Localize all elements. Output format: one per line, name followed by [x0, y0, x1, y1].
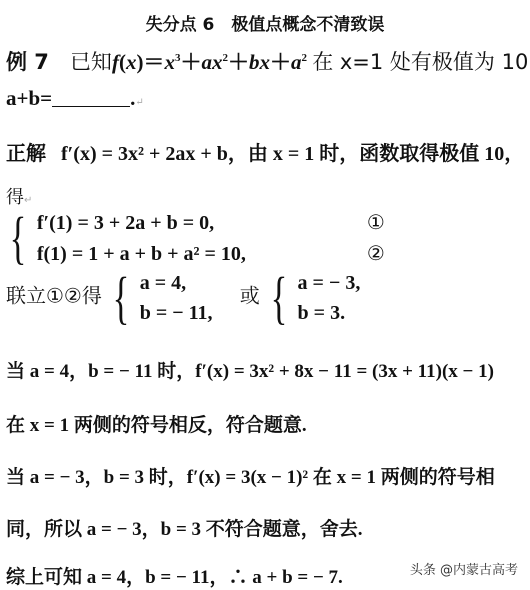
example-function: f(x)＝x3＋ax2＋bx＋a2	[112, 50, 307, 74]
combined-solutions: 联立①②得 { a = 4, b = − 11, 或 { a = − 3, b …	[6, 268, 360, 328]
case-2-line-1: 当 a = − 3，b = 3 时，f′(x) = 3(x − 1)² 在 x …	[6, 462, 495, 489]
answer-blank	[52, 90, 130, 107]
left-brace-icon: {	[10, 209, 27, 267]
conclusion: 综上可知 a = 4，b = − 11，∴ a + b = − 7.	[6, 562, 343, 589]
equation-system-1: { f′(1) = 3 + 2a + b = 0,① f(1) = 1 + a …	[4, 207, 385, 269]
equation-number-2: ②	[367, 241, 385, 265]
left-brace-icon: {	[270, 269, 287, 327]
example-condition: 在 x=1 处有极值为 10, 则	[312, 50, 530, 74]
equation-number-1: ①	[367, 210, 385, 234]
section-title: 失分点 6 极值点概念不清致误	[0, 10, 530, 35]
example-question: a+b=.↵	[6, 86, 144, 111]
case-1-line-1: 当 a = 4，b = − 11 时，f′(x) = 3x² + 8x − 11…	[6, 356, 494, 383]
solution-label: 正解	[6, 141, 46, 165]
example-statement: 例 7 已知f(x)＝x3＋ax2＋bx＋a2 在 x=1 处有极值为 10, …	[6, 46, 530, 76]
case-2-line-2: 同，所以 a = − 3，b = 3 不符合题意，舍去.	[6, 514, 363, 541]
case-1-line-2: 在 x = 1 两侧的符号相反，符合题意.	[6, 410, 307, 437]
solution-line-1: 正解 f′(x) = 3x² + 2ax + b，由 x = 1 时，函数取得极…	[6, 137, 524, 166]
example-label: 例 7	[6, 50, 49, 74]
left-brace-icon: {	[112, 269, 129, 327]
watermark: 头条 @内蒙古高考	[410, 559, 518, 578]
example-prefix: 已知	[70, 50, 112, 74]
